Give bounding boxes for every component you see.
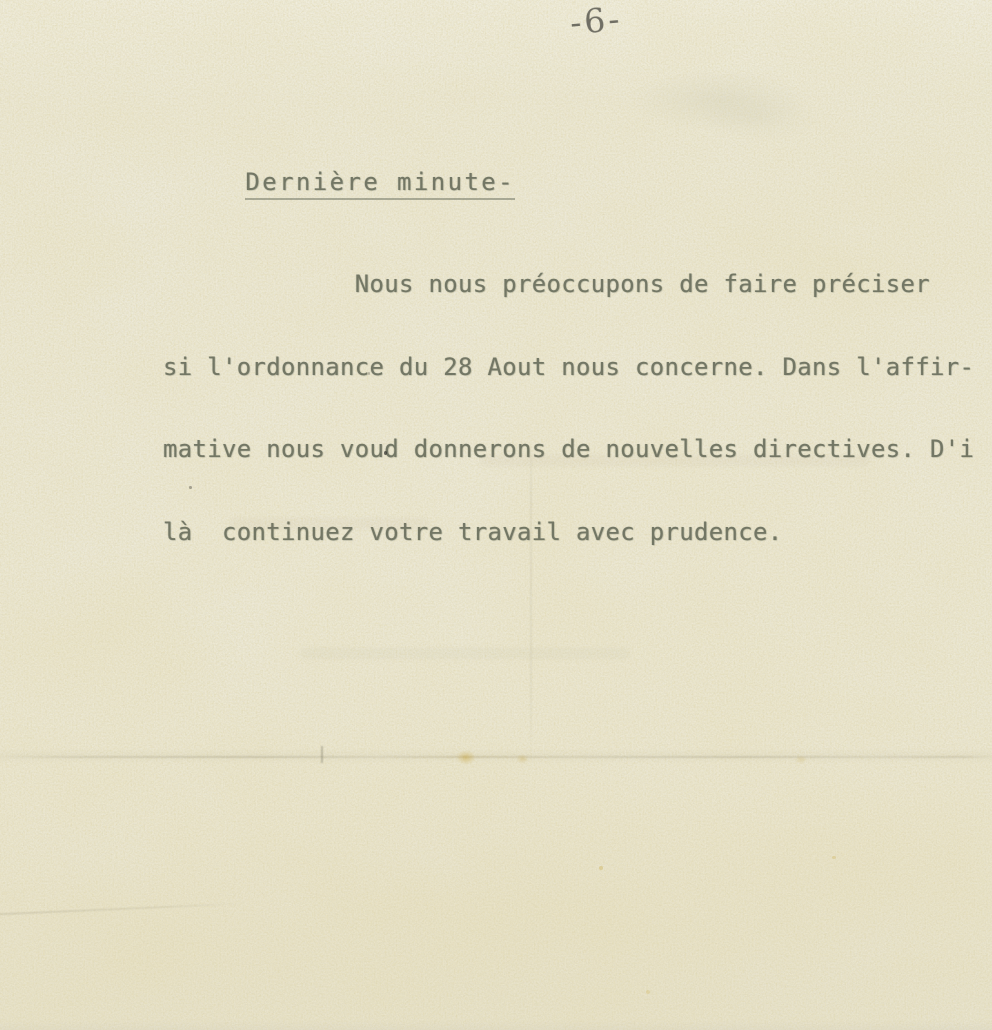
paragraph-line: Nous nous préoccupons de faire préciser <box>163 271 992 299</box>
ink-speck <box>368 372 370 375</box>
ink-speck <box>189 486 192 489</box>
fold-crease-diagonal <box>0 903 244 915</box>
stain-speck <box>599 866 603 870</box>
fold-crease-vertical <box>530 430 532 760</box>
fold-crease-horizontal <box>0 756 992 758</box>
page-number: -6- <box>568 0 623 42</box>
crease-tick-mark <box>321 746 323 763</box>
ink-speck <box>384 451 387 455</box>
stain-speck <box>832 856 836 859</box>
document-heading: Dernière minute- <box>178 141 515 228</box>
bleed-through-smudge <box>230 518 430 529</box>
scanned-document-page: -6- Dernière minute- Nous nous préoccupo… <box>0 0 992 1030</box>
body-paragraph: Nous nous préoccupons de faire préciser … <box>163 216 992 601</box>
bleed-through-smudge <box>480 455 870 466</box>
bleed-through-smudge <box>300 648 630 659</box>
heading-text: Dernière minute- <box>245 169 515 201</box>
paragraph-line: si l'ordonnance du 28 Aout nous concerne… <box>163 354 992 382</box>
stain-speck <box>646 990 650 994</box>
